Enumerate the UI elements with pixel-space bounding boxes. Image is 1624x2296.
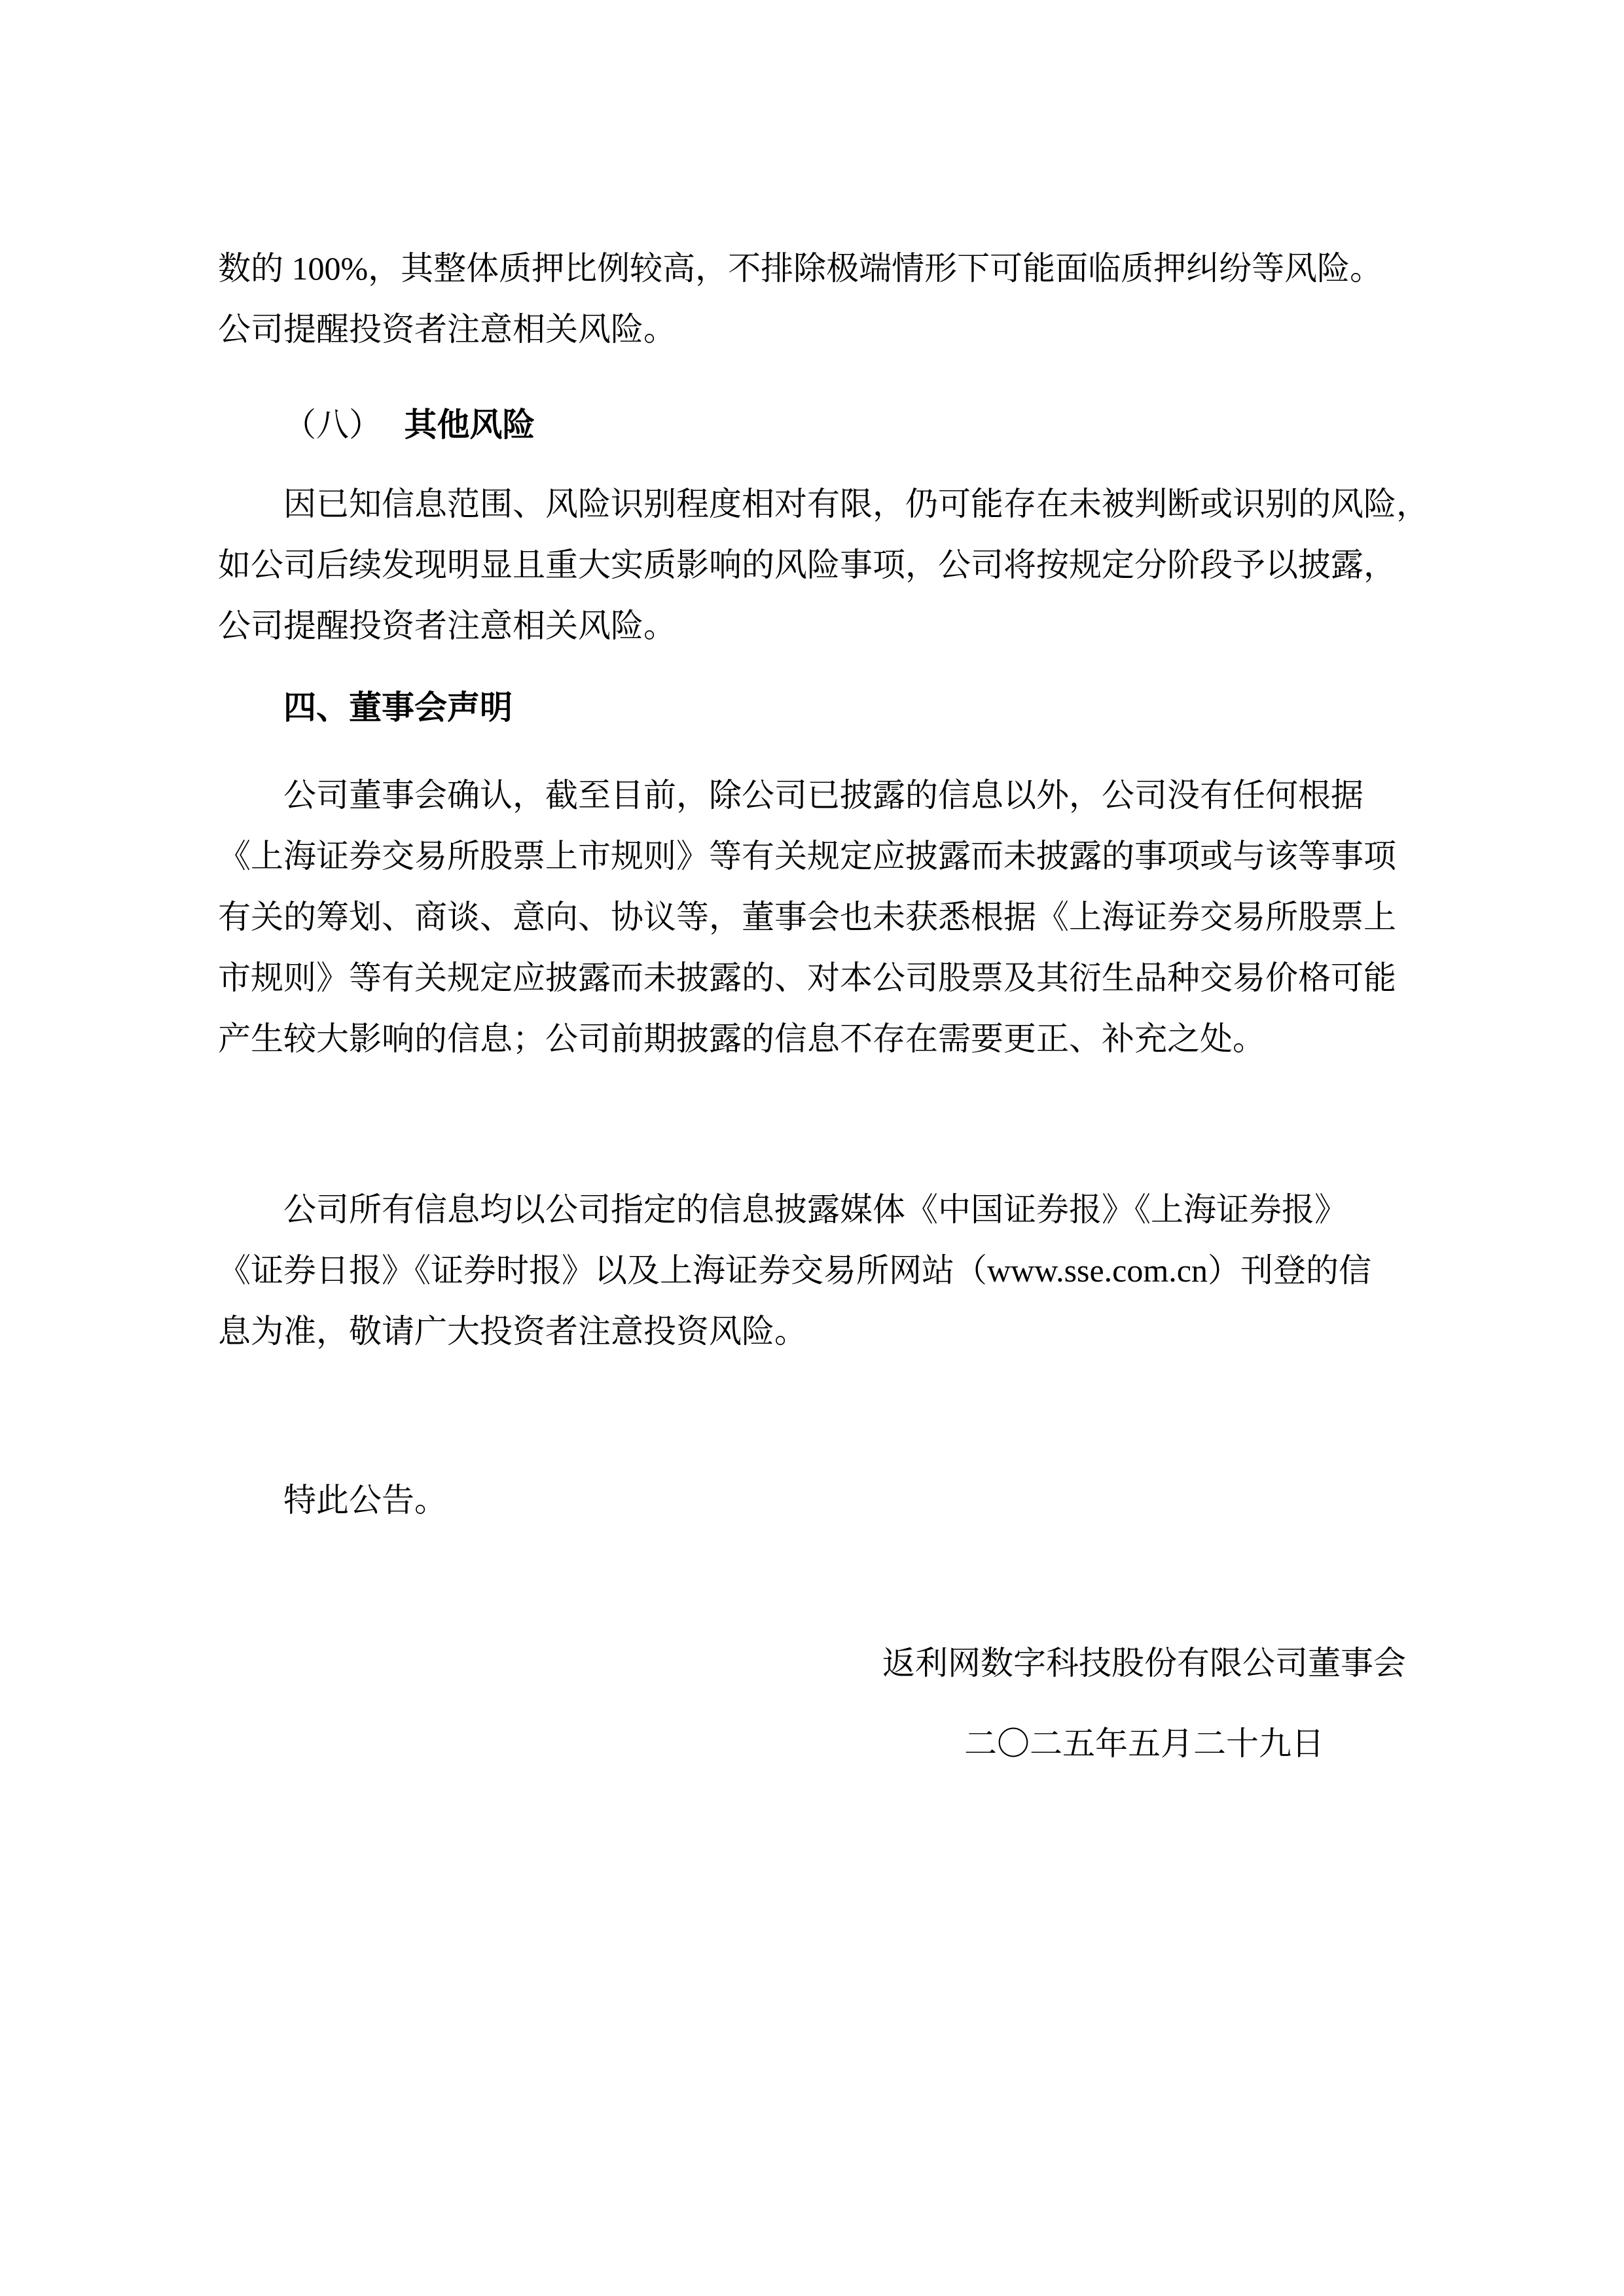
text-line: 公司提醒投资者注意相关风险。 (218, 299, 1406, 360)
text-line: 有关的筹划、商谈、意向、协议等，董事会也未获悉根据《上海证券交易所股票上 (218, 887, 1406, 948)
text-line: 如公司后续发现明显且重大实质影响的风险事项，公司将按规定分阶段予以披露， (218, 535, 1406, 596)
text-line: 因已知信息范围、风险识别程度相对有限，仍可能存在未被判断或识别的风险， (218, 474, 1406, 535)
paragraph-board-statement: 公司董事会确认，截至目前，除公司已披露的信息以外，公司没有任何根据 《上海证券交… (218, 765, 1406, 1069)
heading-other-risks: （八） 其他风险 (218, 395, 1406, 456)
signature-date: 二〇二五年五月二十九日 (882, 1713, 1406, 1774)
text-line: 息为准，敬请广大投资者注意投资风险。 (218, 1301, 1406, 1362)
text-line: 《上海证券交易所股票上市规则》等有关规定应披露而未披露的事项或与该等事项 (218, 826, 1406, 887)
heading-title: 其他风险 (405, 406, 535, 443)
heading-board-statement: 四、董事会声明 (218, 677, 1406, 738)
paragraph-other-risks: 因已知信息范围、风险识别程度相对有限，仍可能存在未被判断或识别的风险， 如公司后… (218, 474, 1406, 656)
text-line: 特此公告。 (218, 1470, 1406, 1531)
text-line: 公司提醒投资者注意相关风险。 (218, 596, 1406, 656)
text-line: 公司所有信息均以公司指定的信息披露媒体《中国证券报》《上海证券报》 (218, 1179, 1406, 1240)
paragraph-disclosure-media: 公司所有信息均以公司指定的信息披露媒体《中国证券报》《上海证券报》 《证券日报》… (218, 1179, 1406, 1362)
text-line: 《证券日报》《证券时报》以及上海证券交易所网站（www.sse.com.cn）刊… (218, 1240, 1406, 1301)
signature-company: 返利网数字科技股份有限公司董事会 (882, 1633, 1406, 1694)
text-line: 市规则》等有关规定应披露而未披露的、对本公司股票及其衍生品种交易价格可能 (218, 948, 1406, 1009)
signature-block: 返利网数字科技股份有限公司董事会 二〇二五年五月二十九日 (882, 1633, 1406, 1774)
text-line: 公司董事会确认，截至目前，除公司已披露的信息以外，公司没有任何根据 (218, 765, 1406, 826)
heading-number: （八） (283, 406, 382, 443)
paragraph-pledge-risk: 数的 100%，其整体质押比例较高，不排除极端情形下可能面临质押纠纷等风险。 公… (218, 238, 1406, 360)
text-line: 产生较大影响的信息；公司前期披露的信息不存在需要更正、补充之处。 (218, 1009, 1406, 1069)
document-page: 数的 100%，其整体质押比例较高，不排除极端情形下可能面临质押纠纷等风险。 公… (0, 0, 1624, 2296)
heading-title: 四、董事会声明 (283, 689, 513, 726)
text-line: 数的 100%，其整体质押比例较高，不排除极端情形下可能面临质押纠纷等风险。 (218, 238, 1406, 299)
paragraph-hereby-announced: 特此公告。 (218, 1470, 1406, 1531)
